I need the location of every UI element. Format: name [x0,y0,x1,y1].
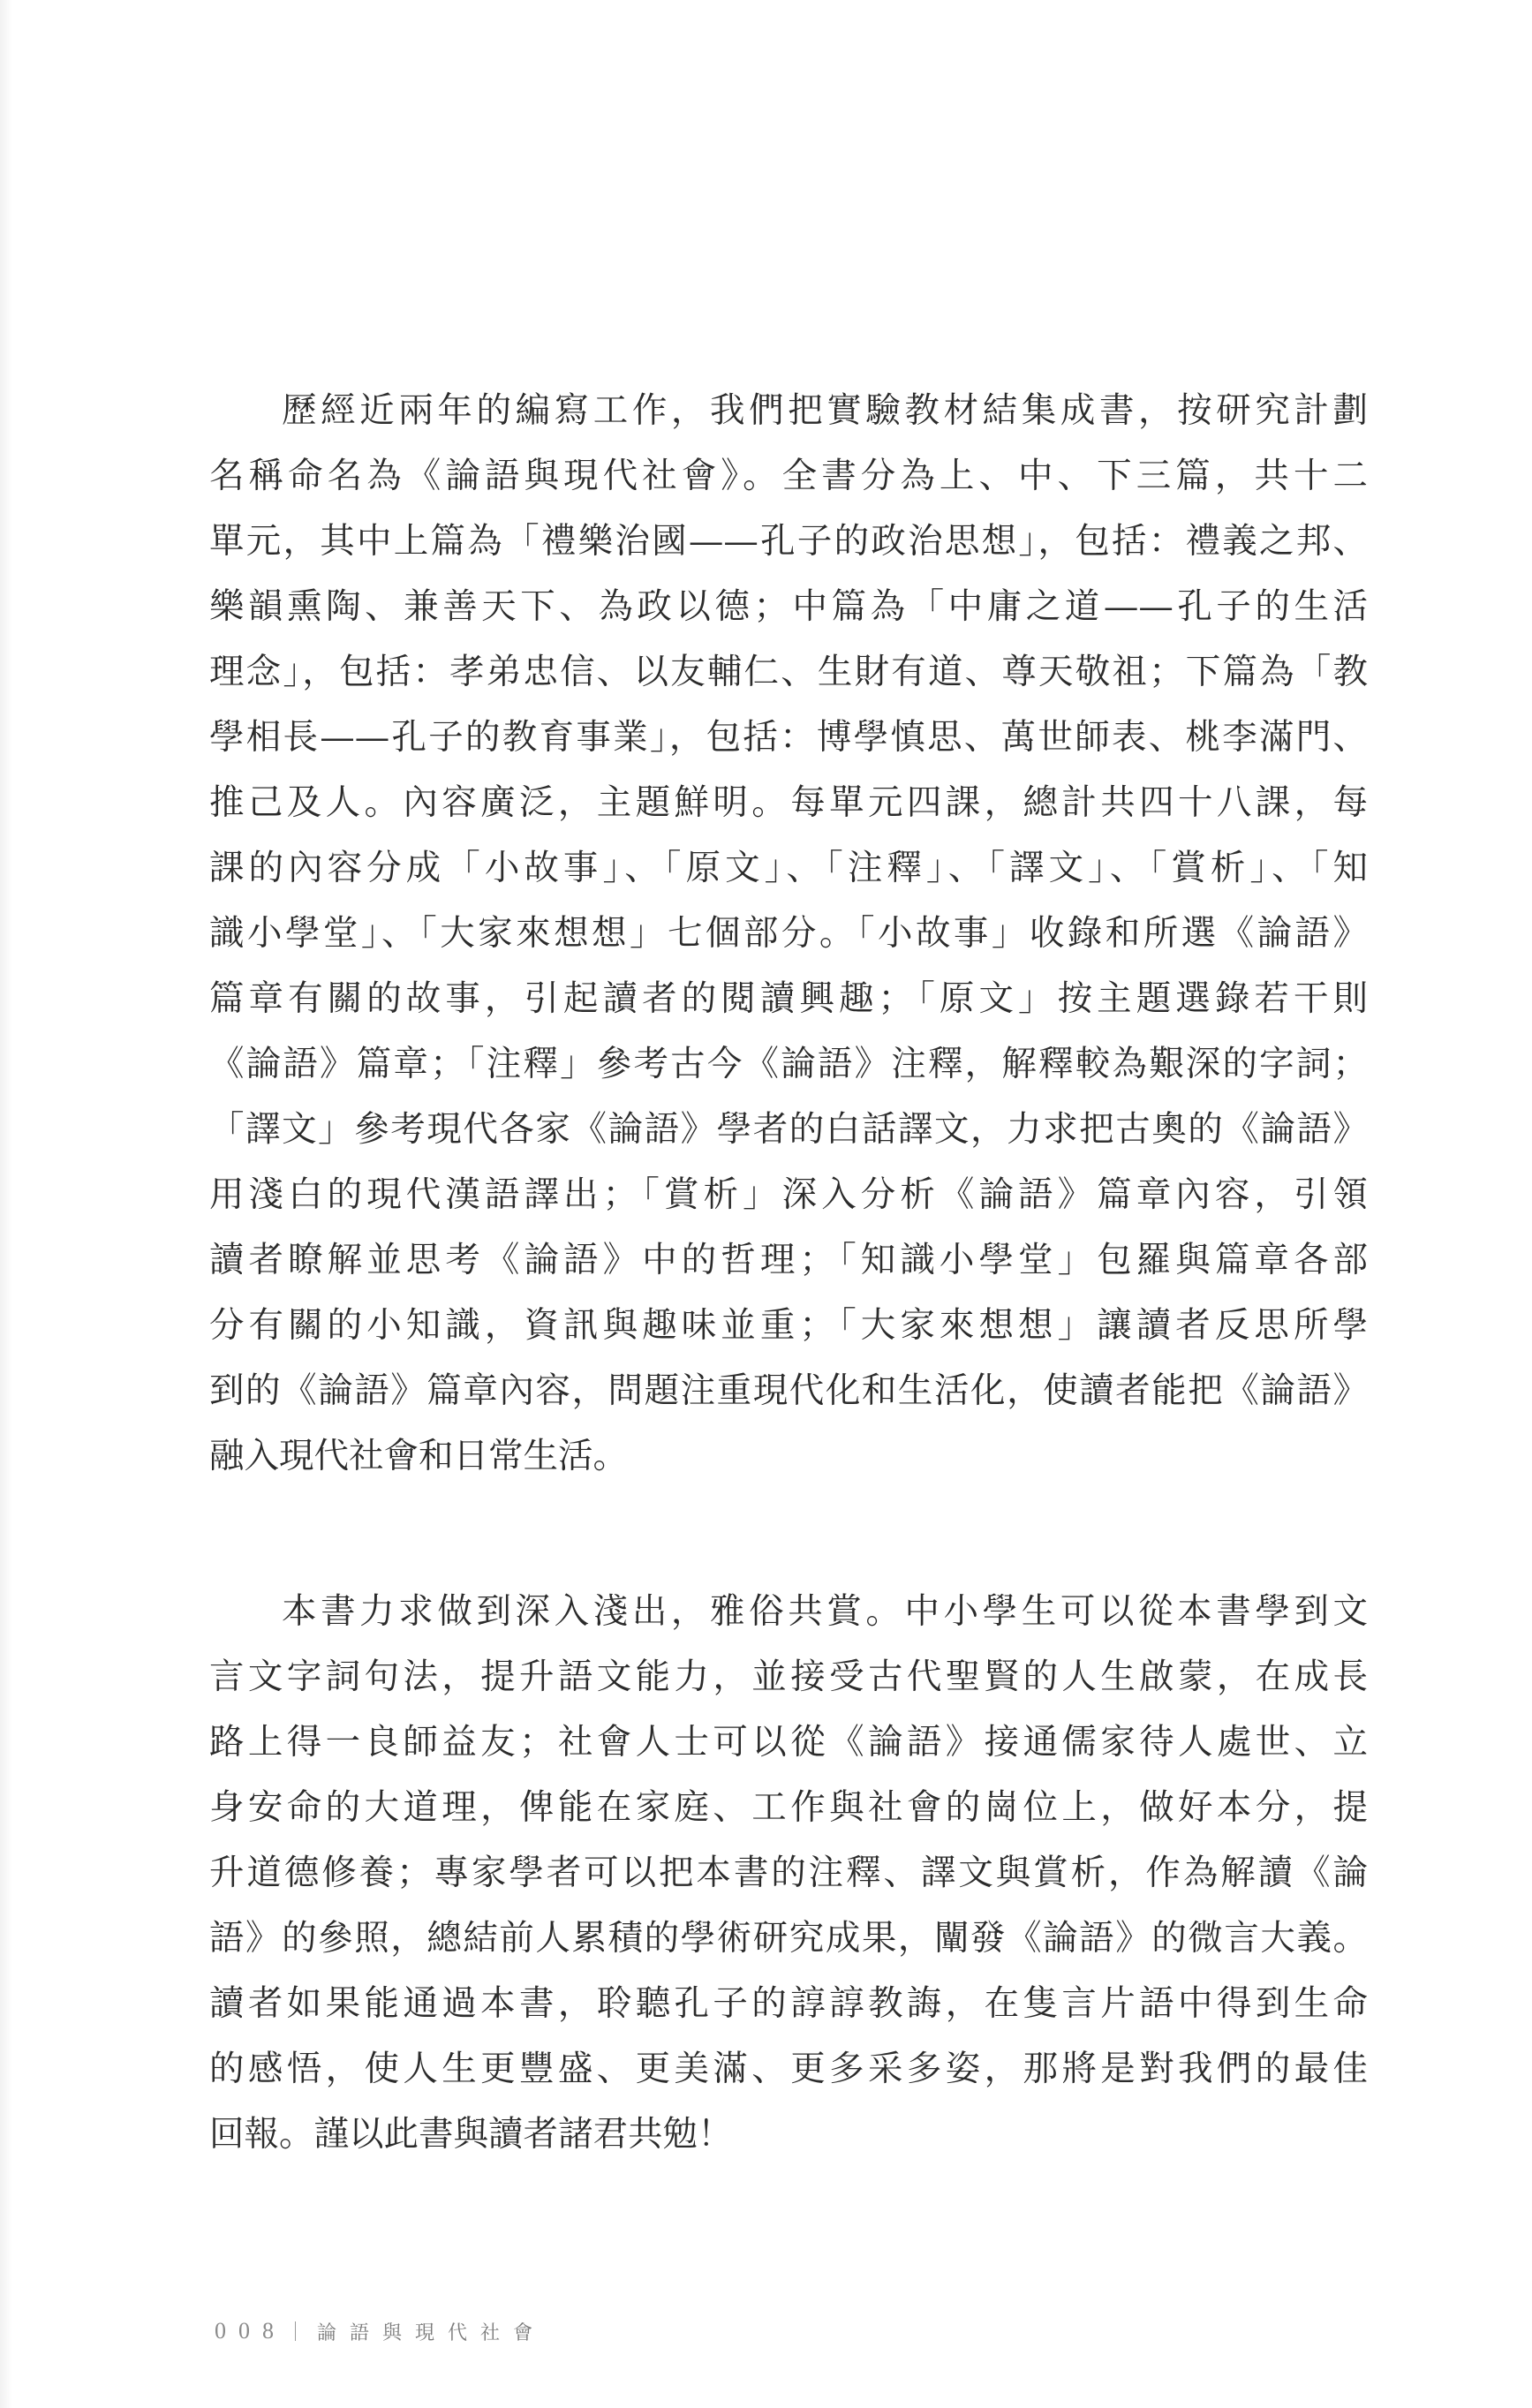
paragraph-line: 融入現代社會和日常生活。 [209,1430,1368,1496]
paragraph-line: 課的內容分成「小故事」、「原文」、「注釋」、「譯文」、「賞析」、「知 [209,842,1368,908]
paragraph-line: 言文字詞句法，提升語文能力，並接受古代聖賢的人生啟蒙，在成長 [209,1651,1368,1717]
paragraph-line: 本書力求做到深入淺出，雅俗共賞。中小學生可以從本書學到文 [209,1586,1368,1651]
paragraph-line: 識小學堂」、「大家來想想」七個部分。「小故事」收錄和所選《論語》 [209,908,1368,973]
page-footer: 008 論語與現代社會 [215,2315,546,2347]
paragraph-line: 篇章有關的故事，引起讀者的閱讀興趣；「原文」按主題選錄若干則 [209,973,1368,1038]
paragraph-line: 讀者如果能通過本書，聆聽孔子的諄諄教誨，在隻言片語中得到生命 [209,1978,1368,2043]
paragraph-line: 讀者瞭解並思考《論語》中的哲理；「知識小學堂」包羅與篇章各部 [209,1234,1368,1300]
running-title: 論語與現代社會 [317,2318,546,2345]
paragraph-line: 歷經近兩年的編寫工作，我們把實驗教材結集成書，按研究計劃 [209,385,1368,450]
paragraph-line: 樂韻熏陶、兼善天下、為政以德；中篇為「中庸之道——孔子的生活 [209,581,1368,646]
paragraph-line: 單元，其中上篇為「禮樂治國——孔子的政治思想」，包括：禮義之邦、 [209,516,1368,581]
page-number: 008 [215,2318,286,2344]
paragraph-line: 語》的參照，總結前人累積的學術研究成果，闡發《論語》的微言大義。 [209,1913,1368,1978]
paragraph-line: 理念」，包括：孝弟忠信、以友輔仁、生財有道、尊天敬祖；下篇為「教 [209,646,1368,712]
paragraph-line: 用淺白的現代漢語譯出；「賞析」深入分析《論語》篇章內容，引領 [209,1169,1368,1234]
page-gutter-shadow [0,0,12,2408]
paragraph-line: 「譯文」參考現代各家《論語》學者的白話譯文，力求把古奧的《論語》 [209,1104,1368,1169]
paragraph-line: 升道德修養；專家學者可以把本書的注釋、譯文與賞析，作為解讀《論 [209,1847,1368,1913]
paragraph-line: 到的《論語》篇章內容，問題注重現代化和生活化，使讀者能把《論語》 [209,1365,1368,1430]
book-page: 歷經近兩年的編寫工作，我們把實驗教材結集成書，按研究計劃 名稱命名為《論語與現代… [0,0,1532,2408]
paragraph-line: 路上得一良師益友；社會人士可以從《論語》接通儒家待人處世、立 [209,1717,1368,1782]
paragraph-line: 學相長——孔子的教育事業」，包括：博學慎思、萬世師表、桃李滿門、 [209,712,1368,777]
paragraph-line: 分有關的小知識，資訊與趣味並重；「大家來想想」讓讀者反思所學 [209,1300,1368,1365]
paragraph-2: 本書力求做到深入淺出，雅俗共賞。中小學生可以從本書學到文 言文字詞句法，提升語文… [209,1586,1368,2174]
paragraph-line: 名稱命名為《論語與現代社會》。全書分為上、中、下三篇，共十二 [209,450,1368,516]
paragraph-line: 回報。謹以此書與讀者諸君共勉！ [209,2109,1368,2174]
paragraph-line: 《論語》篇章；「注釋」參考古今《論語》注釋，解釋較為艱深的字詞； [209,1038,1368,1104]
paragraph-line: 推己及人。內容廣泛，主題鮮明。每單元四課，總計共四十八課，每 [209,777,1368,842]
paragraph-line: 的感悟，使人生更豐盛、更美滿、更多采多姿，那將是對我們的最佳 [209,2043,1368,2109]
paragraph-1: 歷經近兩年的編寫工作，我們把實驗教材結集成書，按研究計劃 名稱命名為《論語與現代… [209,385,1368,1496]
footer-separator [295,2321,296,2341]
paragraph-line: 身安命的大道理，俾能在家庭、工作與社會的崗位上，做好本分，提 [209,1782,1368,1847]
